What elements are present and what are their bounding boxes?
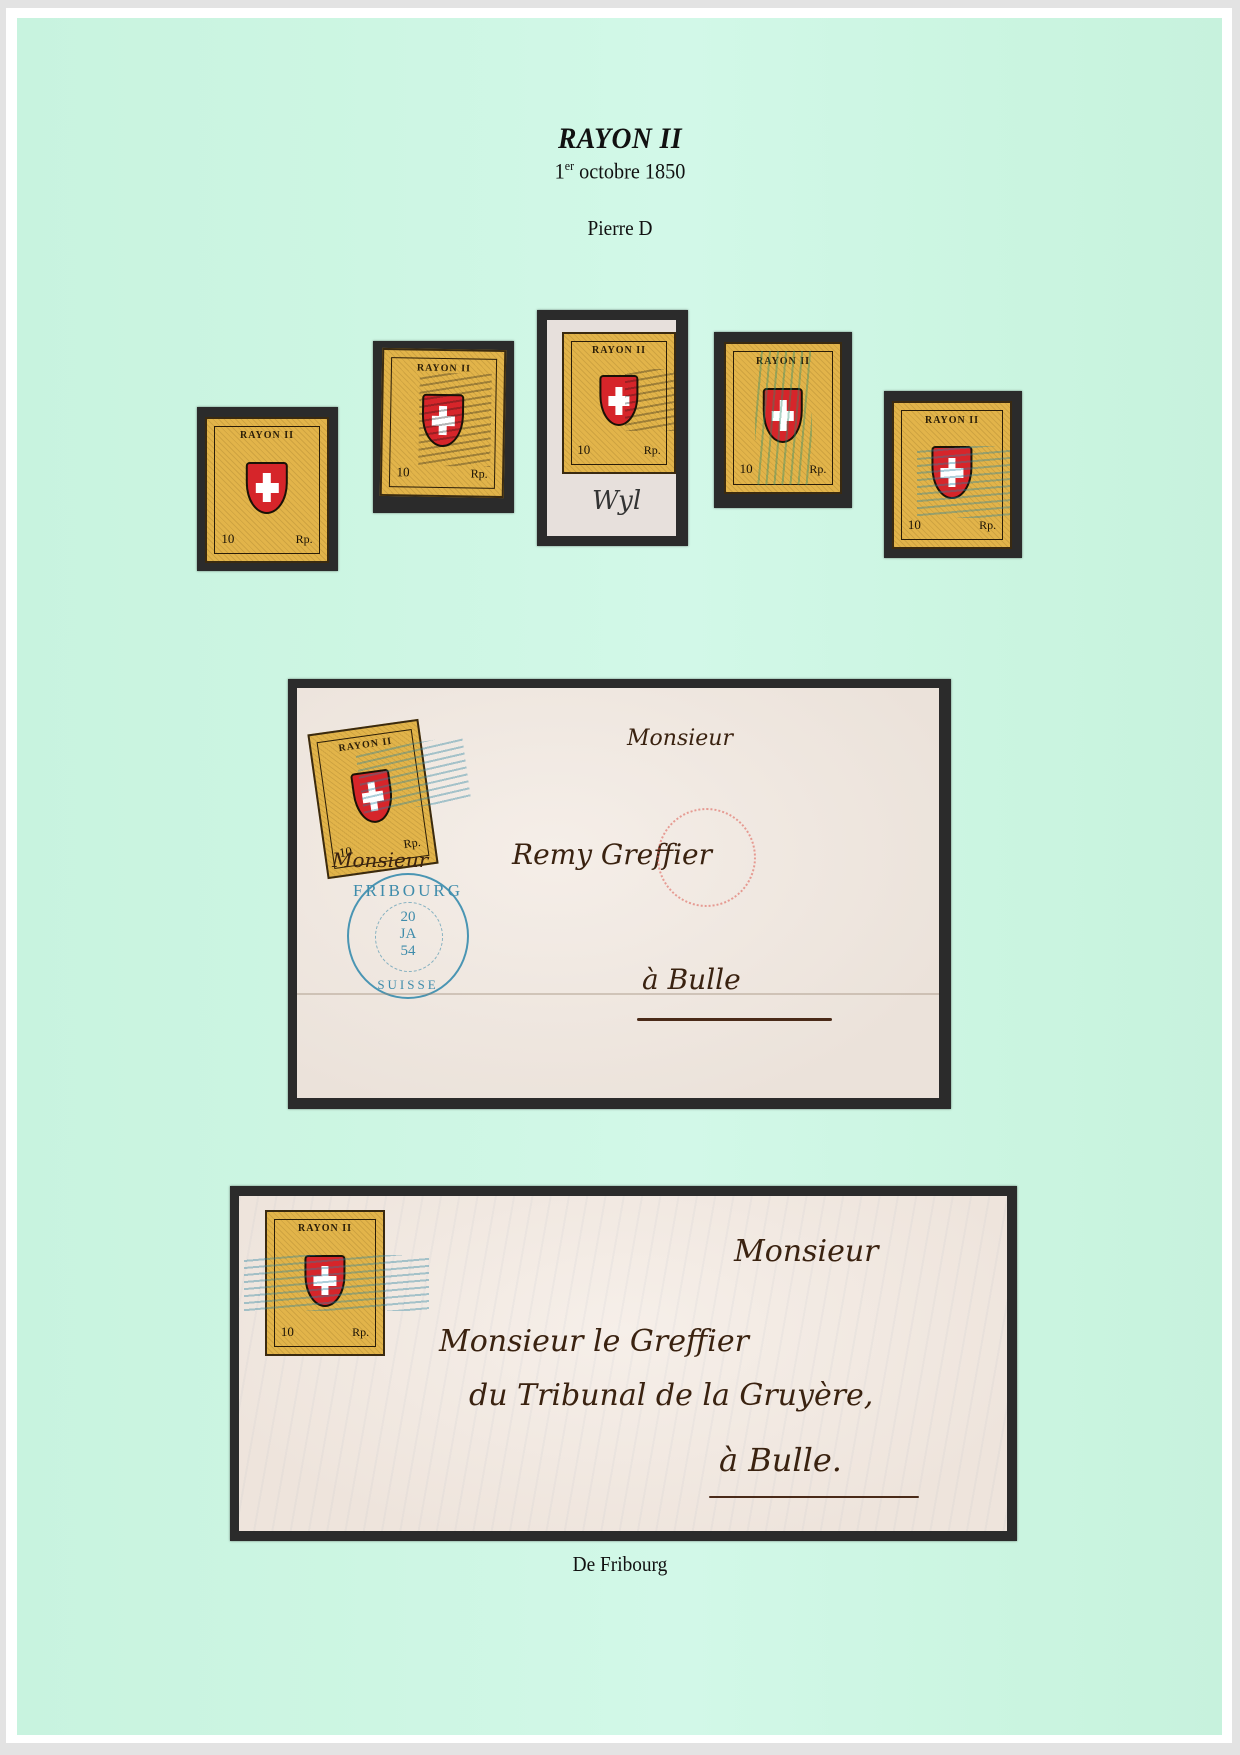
grid-cancel [625,369,675,431]
stamp-2: RAYON II 10 Rp. [380,348,507,498]
underline-stroke [709,1496,919,1498]
stamp-inscription: RAYON II [564,345,674,356]
piece-manuscript: Wyl [592,486,641,516]
address-line-4: à Bulle [642,963,741,996]
stamp-4: RAYON II 10 Rp. [724,342,842,494]
underline-stroke [637,1018,832,1021]
stamp-5: RAYON II 10 Rp. [892,401,1012,549]
stamp-value: 10 [396,464,409,480]
stamp-unit: Rp. [352,1325,369,1340]
stamp-inscription: RAYON II [894,415,1010,426]
stamp-mount-1: RAYON II 10 Rp. [197,407,338,571]
grid-cancel [418,372,492,467]
stamp-value: 10 [577,442,590,458]
fold-line [297,993,939,995]
cover-2-stamp: RAYON II 10 Rp. [265,1210,385,1356]
address-line-4: à Bulle. [719,1441,842,1479]
stamp-mount-5: RAYON II 10 Rp. [884,391,1022,558]
stamp-1: RAYON II 10 Rp. [205,417,329,563]
grid-cancel [755,351,812,484]
stamp-value: 10 [221,531,234,547]
stamp-unit: Rp. [809,462,826,477]
address-line-1: Monsieur [734,1234,879,1269]
stamp-3: RAYON II 10 Rp. [562,332,676,474]
postmark-town: FRIBOURG [349,881,467,901]
stamp-value: 10 [908,517,921,533]
cover-mount-2: RAYON II 10 Rp. Monsieur Monsieur le Gre… [230,1186,1017,1541]
date-superscript: er [565,158,574,173]
postmark-date: 20JA54 [349,909,467,960]
stamp-unit: Rp. [471,466,488,481]
stamp-mount-3: RAYON II 10 Rp. Wyl [537,310,688,546]
date-day: 1 [555,158,565,183]
issue-date: 1er octobre 1850 [50,158,1191,184]
grid-cancel [355,736,471,814]
cover-mount-1: RAYON II 10 Rp. Monsieur Monsieur Remy G… [288,679,951,1109]
plate-label: Pierre D [50,216,1191,241]
address-line-2: Monsieur [332,848,428,872]
stamp-inscription: RAYON II [267,1223,383,1234]
cover-2: RAYON II 10 Rp. Monsieur Monsieur le Gre… [239,1196,1007,1531]
stamp-unit: Rp. [979,518,996,533]
stamp-inscription: RAYON II [207,430,327,441]
date-text: octobre 1850 [574,158,685,183]
stamp-unit: Rp. [644,443,661,458]
address-line-1: Monsieur [627,726,733,751]
fribourg-postmark: FRIBOURG 20JA54 SUISSE [347,873,469,999]
stamp-value: 10 [281,1324,294,1340]
grid-cancel [917,446,1010,518]
grid-cancel [244,1255,430,1312]
red-transit-mark [657,808,756,907]
stamp-mount-2: RAYON II 10 Rp. [373,341,514,513]
page-title: RAYON II [50,122,1191,156]
address-line-2: Monsieur le Greffier [439,1324,749,1359]
address-line-3: du Tribunal de la Gruyère, [469,1378,873,1413]
page-caption: De Fribourg [50,1552,1191,1577]
cover-1: RAYON II 10 Rp. Monsieur Monsieur Remy G… [297,688,939,1098]
postmark-country: SUISSE [349,977,467,993]
stamp-mount-4: RAYON II 10 Rp. [714,332,852,508]
stamp-value: 10 [740,461,753,477]
stamp-unit: Rp. [296,532,313,547]
